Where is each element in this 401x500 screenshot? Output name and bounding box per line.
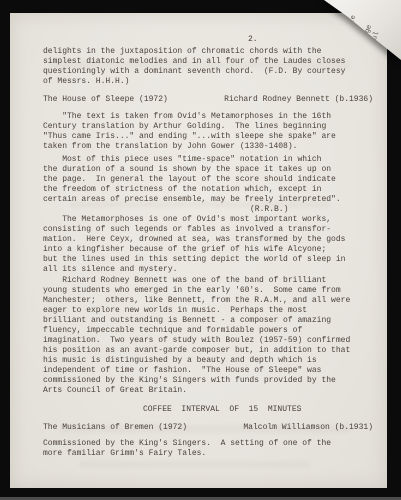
work2-heading-row: The Musicians of Bremen (1972) Malcolm W… bbox=[43, 423, 373, 433]
work1-heading-row: The House of Sleepe (1972) Richard Rodne… bbox=[43, 95, 373, 105]
work1-paragraph-3: The Metamorphoses is one of Ovid's most … bbox=[43, 215, 373, 275]
work1-composer: Richard Rodney Bennett (b.1936) bbox=[224, 95, 373, 105]
typewritten-text-column: 2. delights in the juxtaposition of chro… bbox=[43, 13, 373, 459]
folded-corner-text: A note Whe Singe woul bbox=[343, 0, 391, 49]
work1-paragraph-1: "The text is taken from Ovid's Metamorph… bbox=[43, 112, 373, 152]
composer-note-credit: (R.R.B.) bbox=[43, 205, 373, 215]
work2-title: The Musicians of Bremen (1972) bbox=[43, 423, 187, 433]
document-page: 2. delights in the juxtaposition of chro… bbox=[10, 13, 387, 488]
folded-corner-paper: A note Whe Singe woul bbox=[318, 0, 401, 72]
work2-paragraph: Commissioned by the King's Singers. A se… bbox=[43, 439, 373, 459]
work2-composer: Malcolm Williamson (b.1931) bbox=[243, 423, 373, 433]
work1-title: The House of Sleepe (1972) bbox=[43, 95, 168, 105]
folded-page-corner: A note Whe Singe woul bbox=[318, 0, 401, 72]
work1-paragraph-4: Richard Rodney Bennett was one of the ba… bbox=[43, 276, 373, 396]
coffee-interval-heading: COFFEE INTERVAL OF 15 MINUTES bbox=[143, 405, 373, 415]
photo-of-programme-page: { "page": { "number": "2.", "intro_lines… bbox=[0, 0, 401, 500]
work1-paragraph-2: Most of this piece uses "time-space" not… bbox=[43, 155, 373, 205]
bleed-through-smudge bbox=[80, 461, 310, 468]
